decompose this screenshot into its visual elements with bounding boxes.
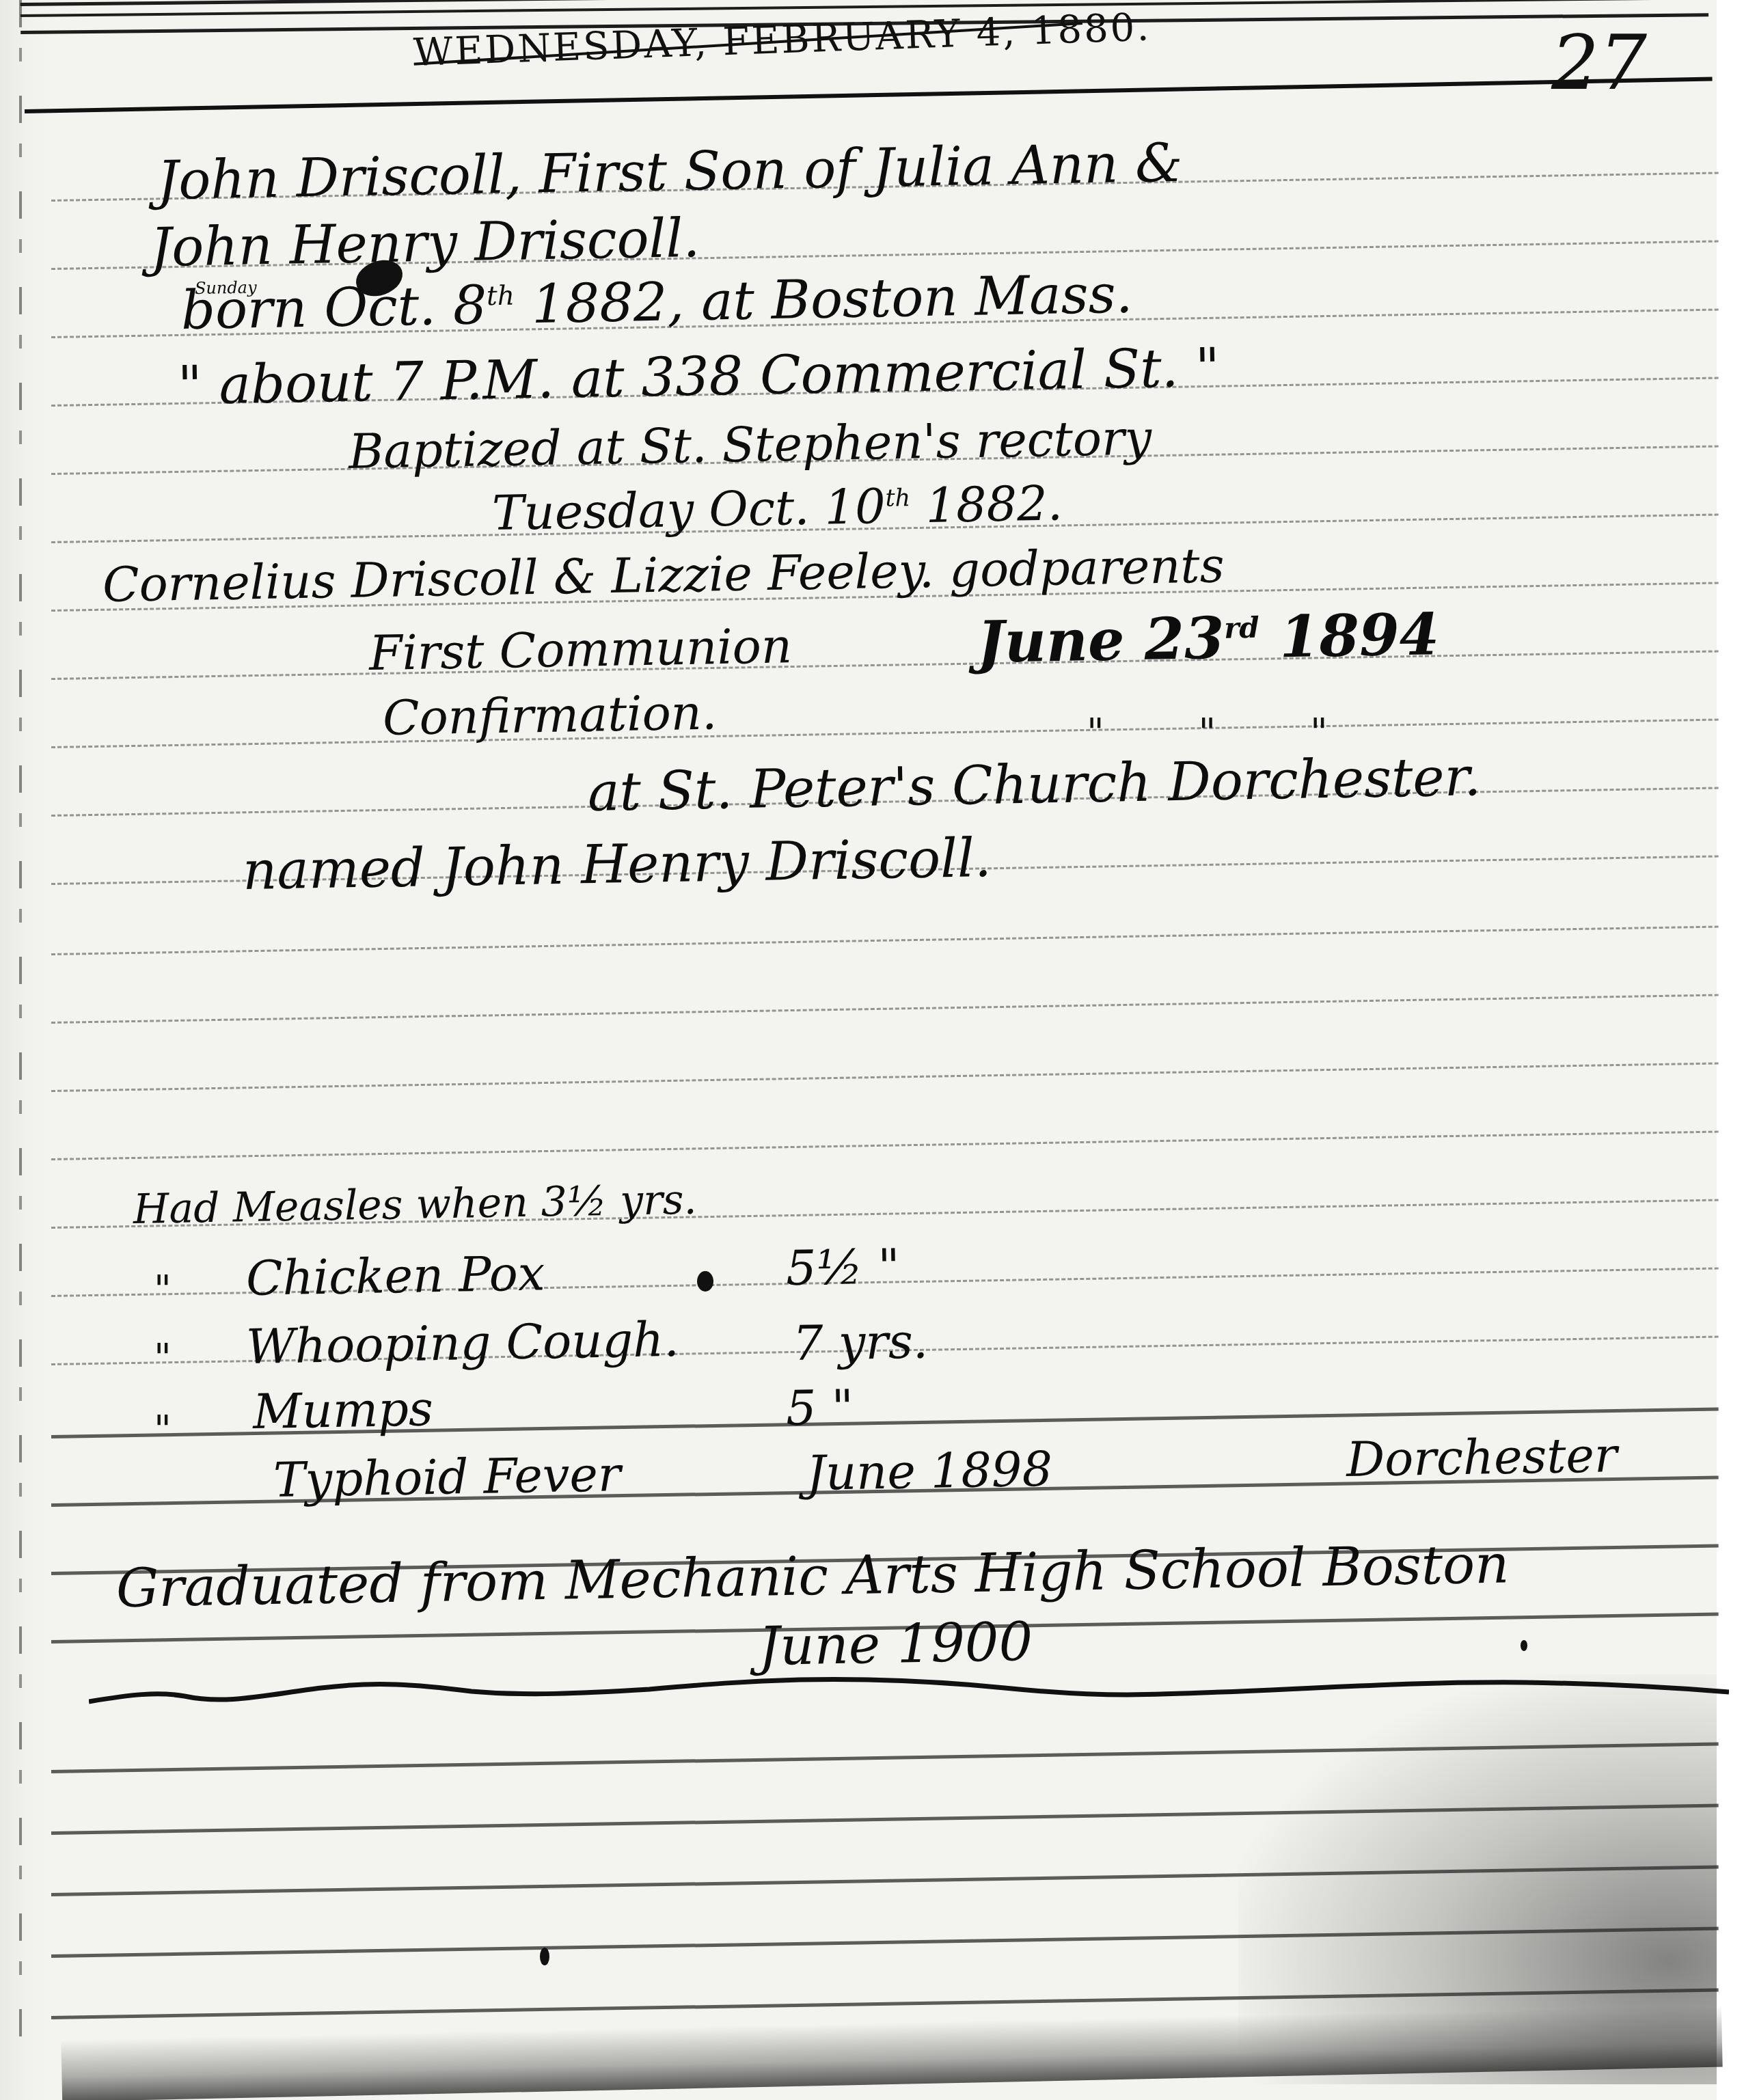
- ditto-mark: ": [154, 1408, 172, 1452]
- entry-line-confirmation: Confirmation.: [382, 684, 717, 746]
- birth-day-suffix: th: [487, 280, 515, 312]
- illness-intro: Had Measles when 3½ yrs.: [133, 1176, 697, 1233]
- illness-name: Chicken Pox: [245, 1245, 545, 1307]
- entry-line-baptism: Baptized at St. Stephen's rectory: [348, 409, 1152, 479]
- ruled-line: [51, 926, 1719, 955]
- illness-age: 5½ ": [785, 1238, 900, 1296]
- illness-place: Dorchester: [1346, 1427, 1618, 1488]
- illness-age: 7 yrs.: [792, 1313, 928, 1372]
- ink-blot: [697, 1271, 713, 1292]
- binding-perforation: [19, 0, 22, 2050]
- ruled-line: [51, 719, 1719, 748]
- ditto-mark: ": [154, 1268, 172, 1312]
- entry-line-time-address: " about 7 P.M. at 338 Commercial St. ": [177, 337, 1221, 417]
- graduation-date: June 1900: [758, 1611, 1033, 1678]
- diary-page: WEDNESDAY, FEBRUARY 4, 1880. 27 John Dri…: [0, 0, 1744, 2100]
- page-right-edge: [1717, 0, 1744, 2100]
- illness-name: Mumps: [252, 1380, 433, 1440]
- ruled-line: [51, 1131, 1719, 1160]
- first-communion-date: June 23rd 1894: [977, 600, 1440, 676]
- illness-name: Whooping Cough.: [245, 1311, 679, 1375]
- birth-year-place: 1882, at Boston Mass.: [531, 264, 1133, 336]
- hand-drawn-separator-line: [89, 1674, 1729, 1715]
- ruled-line: [51, 651, 1719, 680]
- baptism-day-suffix: th: [885, 485, 910, 513]
- page-binding-edge: [0, 0, 48, 2100]
- illness-name: Typhoid Fever: [273, 1446, 621, 1508]
- born-label: born Oct.: [180, 275, 436, 341]
- illness-age: 5 ": [785, 1379, 854, 1436]
- page-number: 27: [1551, 19, 1647, 107]
- baptism-date: Tuesday Oct. 10: [491, 478, 886, 541]
- entry-line-first-communion: First Communion: [368, 618, 792, 681]
- scan-shadow-bottom: [61, 2006, 1722, 2100]
- entry-line-godparents: Cornelius Driscoll & Lizzie Feeley. godp…: [102, 537, 1225, 613]
- graduation-line: Graduated from Mechanic Arts High School…: [115, 1533, 1510, 1620]
- first-communion-year: 1894: [1279, 600, 1439, 670]
- ink-speck: [540, 1948, 549, 1965]
- birth-day: 8: [452, 275, 487, 337]
- entry-line-baptism-date: Tuesday Oct. 10th 1882.: [491, 475, 1063, 541]
- first-communion-label: First Communion: [368, 618, 792, 681]
- ink-speck: [1521, 1640, 1527, 1651]
- ditto-mark: ": [154, 1336, 172, 1380]
- illness-date: June 1898: [806, 1441, 1052, 1501]
- entry-line-confirmation-place: at St. Peter's Church Dorchester.: [587, 746, 1482, 823]
- ruled-line: [51, 994, 1719, 1024]
- entry-line-father: John Henry Driscoll.: [150, 208, 700, 279]
- entry-line-confirmation-name: named John Henry Driscoll.: [242, 828, 992, 902]
- ruled-line: [51, 1063, 1719, 1092]
- header-rule: [25, 77, 1713, 113]
- entry-line-name: John Driscoll, First Son of Julia Ann &: [156, 133, 1183, 212]
- baptism-year: 1882.: [925, 475, 1063, 533]
- first-communion-suffix: rd: [1224, 611, 1259, 645]
